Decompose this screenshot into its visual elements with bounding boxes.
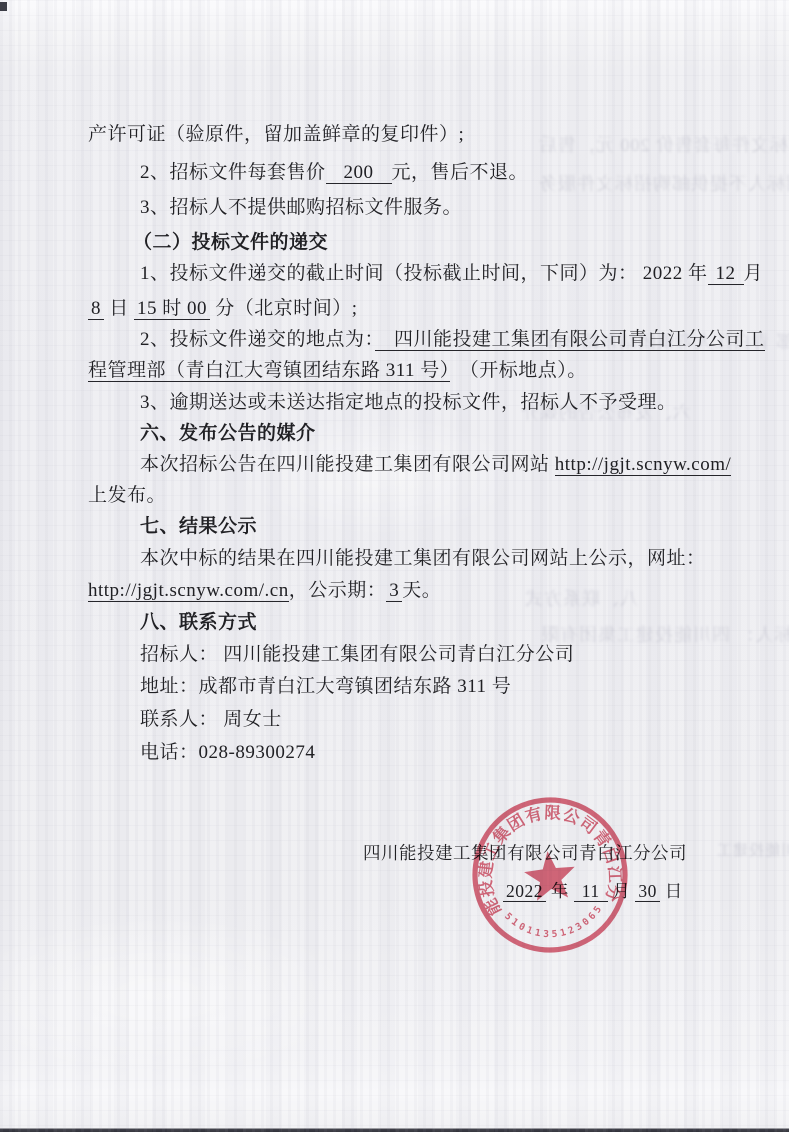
paragraph-results-line1: 本次中标的结果在四川能投建工集团有限公司网站上公示，网址： — [140, 547, 706, 571]
body-text: 2、投标文件递交的地点为： — [140, 329, 375, 350]
paragraph-tenderer: 招标人： 四川能投建工集团有限公司青白江分公司 — [140, 643, 574, 667]
results-url: http://jgjt.scnyw.com/.cn — [88, 580, 289, 602]
seal-code-number: 5101135123065 — [501, 901, 608, 945]
heading-text: 八、联系方式 — [140, 612, 257, 633]
body-text: 本次招标公告在四川能投建工集团有限公司网站 — [140, 454, 555, 475]
heading-text: 七、结果公示 — [140, 516, 257, 537]
bleedthrough-text: 招标文件每套售价 200 元，售后 — [538, 131, 789, 157]
body-text: 招标人： 四川能投建工集团有限公司青白江分公司 — [140, 644, 574, 665]
signature-date: 2022 年 11 月 30 日 — [503, 878, 683, 903]
paragraph-no-mail-order: 3、招标人不提供邮购招标文件服务。 — [140, 196, 462, 220]
paragraph-phone: 电话：028-89300274 — [140, 741, 315, 765]
body-text: 产许可证（验原件，留加盖鲜章的复印件）; — [88, 124, 464, 145]
bleedthrough-text: 招标人： 四川能投建工集团有限 — [540, 621, 789, 647]
bleedthrough-text: 八、联系方式 — [524, 585, 638, 611]
paragraph-late-delivery: 3、逾期送达或未送达指定地点的投标文件，招标人不予受理。 — [140, 391, 677, 415]
seal-outer-ring — [468, 793, 633, 958]
signature-company-name: 四川能投建工集团有限公司青白江分公司 — [363, 840, 687, 865]
heading-section-6-media: 六、发布公告的媒介 — [140, 422, 316, 446]
heading-section-2-submission: （二）投标文件的递交 — [133, 231, 328, 255]
body-text: 地址：成都市青白江大弯镇团结东路 311 号 — [140, 676, 511, 697]
heading-section-8-contact: 八、联系方式 — [140, 611, 257, 635]
filled-blank-price: 200 — [326, 162, 392, 184]
body-text: 日 — [104, 298, 134, 319]
date-label: 月 — [608, 881, 636, 901]
svg-text:5101135123065: 5101135123065 — [501, 901, 608, 945]
body-text: 本次中标的结果在四川能投建工集团有限公司网站上公示，网址： — [140, 548, 706, 569]
body-text: 电话：028-89300274 — [140, 742, 315, 763]
body-text: 3、招标人不提供邮购招标文件服务。 — [140, 197, 462, 218]
filled-blank-days: 3 — [386, 580, 402, 602]
body-text: 上发布。 — [88, 485, 166, 506]
body-text: 1、投标文件递交的截止时间（投标截止时间，下同）为： 2022 年 — [140, 263, 708, 284]
date-label: 年 — [546, 881, 574, 901]
paragraph-deadline-line2: 8 日 15 时 00 分（北京时间）; — [88, 297, 358, 321]
scanned-document-page: 招标文件每套售价 200 元，售后 招标人不提供邮购招标文件服务 程管理部 青白… — [0, 0, 789, 1132]
date-month: 11 — [574, 881, 608, 902]
date-label: 日 — [660, 881, 683, 901]
bleedthrough-text: 招标人不提供邮购招标文件服务 — [538, 170, 789, 196]
paragraph-results-line2: http://jgjt.scnyw.com/.cn，公示期：3天。 — [88, 579, 441, 603]
body-text: 2、招标文件每套售价 — [140, 162, 326, 183]
body-text: 3、逾期送达或未送达指定地点的投标文件，招标人不予受理。 — [140, 392, 677, 413]
filled-blank-address: 四川能投建工集团有限公司青白江分公司工 — [375, 329, 765, 351]
filled-blank-address-cont: 程管理部（青白江大弯镇团结东路 311 号） — [88, 360, 450, 382]
filled-blank-day: 8 — [88, 298, 104, 320]
body-text: 联系人： 周女士 — [140, 709, 282, 730]
paragraph-deadline-line1: 1、投标文件递交的截止时间（投标截止时间，下同）为： 2022 年12月 — [140, 262, 763, 286]
paragraph-doc-price: 2、招标文件每套售价200元，售后不退。 — [140, 161, 528, 185]
announcement-url: http://jgjt.scnyw.com/ — [555, 454, 732, 476]
date-year: 2022 — [503, 881, 546, 902]
body-text: ，公示期： — [289, 580, 387, 601]
body-text: 分（北京时间）; — [210, 298, 358, 319]
paragraph-contact-person: 联系人： 周女士 — [140, 708, 282, 732]
date-day: 30 — [635, 881, 660, 902]
heading-text: 六、发布公告的媒介 — [140, 423, 316, 444]
paragraph-announcement-site-line2: 上发布。 — [88, 484, 166, 508]
paragraph-license-continuation: 产许可证（验原件，留加盖鲜章的复印件）; — [88, 123, 464, 147]
bleedthrough-text: 四川能投建工 — [716, 839, 789, 860]
paragraph-address-line1: 2、投标文件递交的地点为： 四川能投建工集团有限公司青白江分公司工 — [140, 328, 765, 352]
body-text: 四川能投建工集团有限公司青白江分公司 — [363, 843, 687, 863]
paragraph-announcement-site-line1: 本次招标公告在四川能投建工集团有限公司网站 http://jgjt.scnyw.… — [140, 453, 731, 477]
heading-text: （二）投标文件的递交 — [133, 232, 328, 253]
paragraph-address-line2: 程管理部（青白江大弯镇团结东路 311 号） （开标地点）。 — [88, 359, 587, 383]
paragraph-address: 地址：成都市青白江大弯镇团结东路 311 号 — [140, 675, 511, 699]
scan-edge-artifact — [0, 2, 7, 11]
filled-blank-month: 12 — [708, 263, 744, 285]
filled-blank-time: 15 时 00 — [134, 298, 210, 320]
heading-section-7-results: 七、结果公示 — [140, 515, 257, 539]
body-text: 月 — [744, 263, 764, 284]
body-text: 元，售后不退。 — [392, 162, 529, 183]
body-text: （开标地点）。 — [450, 360, 587, 381]
body-text: 天。 — [402, 580, 441, 601]
official-seal-stamp: 四川能投建工集团有限公司青白江分公司 5101135123065 — [461, 786, 639, 964]
